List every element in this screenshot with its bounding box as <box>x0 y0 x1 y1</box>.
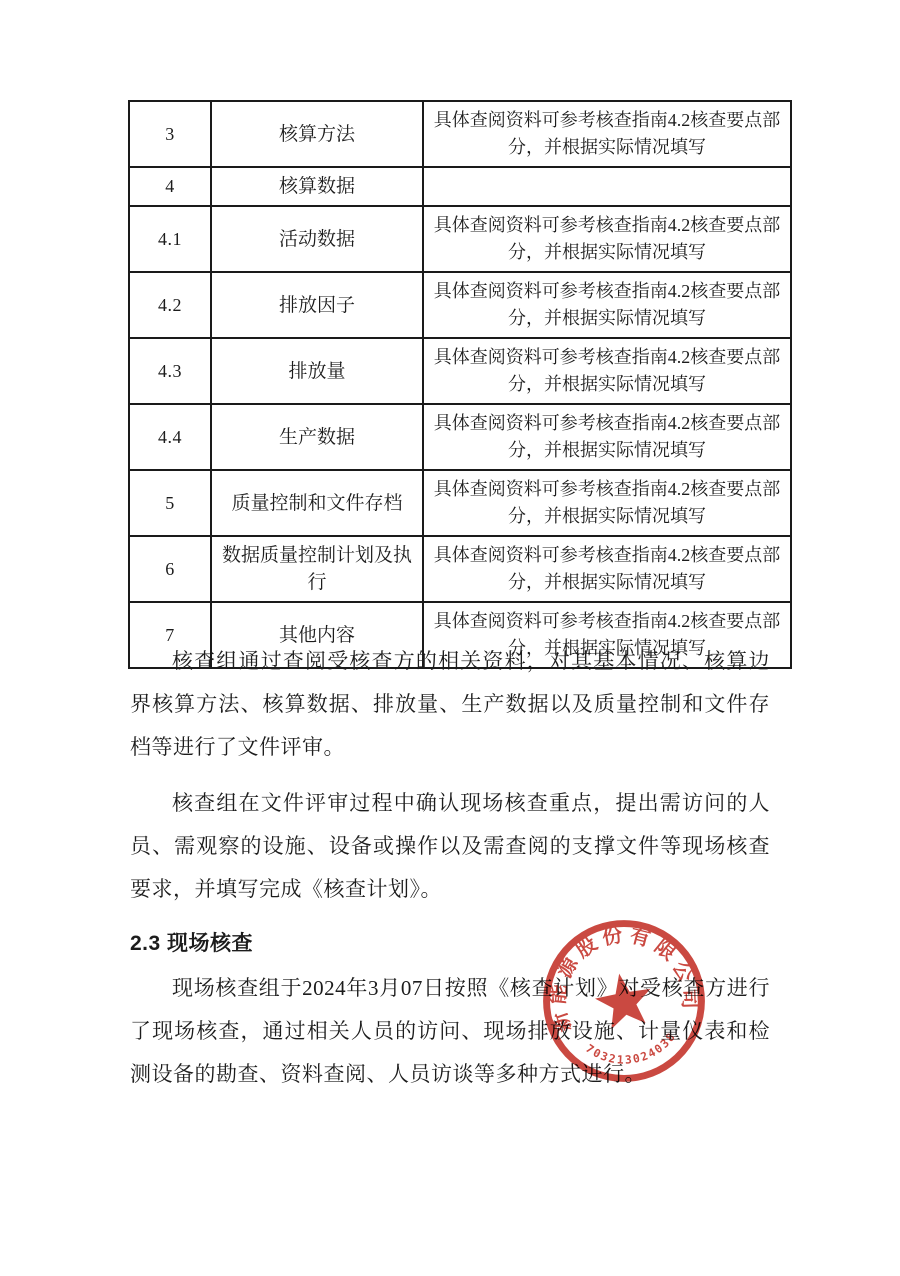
table-row: 4 核算数据 <box>129 167 791 206</box>
row-item: 质量控制和文件存档 <box>211 470 423 536</box>
table-row: 4.1 活动数据 具体查阅资料可参考核查指南4.2核查要点部分，并根据实际情况填… <box>129 206 791 272</box>
row-item: 排放因子 <box>211 272 423 338</box>
table-row: 3 核算方法 具体查阅资料可参考核查指南4.2核查要点部分，并根据实际情况填写 <box>129 101 791 167</box>
row-item: 排放量 <box>211 338 423 404</box>
row-note: 具体查阅资料可参考核查指南4.2核查要点部分，并根据实际情况填写 <box>423 272 791 338</box>
row-item: 核算方法 <box>211 101 423 167</box>
review-table-body: 3 核算方法 具体查阅资料可参考核查指南4.2核查要点部分，并根据实际情况填写 … <box>129 101 791 668</box>
paragraph-onsite-verification: 现场核查组于2024年3月07日按照《核查计划》对受核查方进行了现场核查，通过相… <box>130 967 770 1096</box>
row-note <box>423 167 791 206</box>
row-note: 具体查阅资料可参考核查指南4.2核查要点部分，并根据实际情况填写 <box>423 206 791 272</box>
document-review-table: 3 核算方法 具体查阅资料可参考核查指南4.2核查要点部分，并根据实际情况填写 … <box>128 100 792 669</box>
section-heading-2-3: 2.3 现场核查 <box>130 924 770 964</box>
row-item: 数据质量控制计划及执行 <box>211 536 423 602</box>
row-number: 5 <box>129 470 211 536</box>
paragraph-onsite-focus: 核查组在文件评审过程中确认现场核查重点，提出需访问的人员、需观察的设施、设备或操… <box>130 782 770 911</box>
row-number: 4.4 <box>129 404 211 470</box>
table-row: 4.4 生产数据 具体查阅资料可参考核查指南4.2核查要点部分，并根据实际情况填… <box>129 404 791 470</box>
row-note: 具体查阅资料可参考核查指南4.2核查要点部分，并根据实际情况填写 <box>423 404 791 470</box>
row-number: 3 <box>129 101 211 167</box>
row-number: 6 <box>129 536 211 602</box>
row-note: 具体查阅资料可参考核查指南4.2核查要点部分，并根据实际情况填写 <box>423 470 791 536</box>
row-item: 生产数据 <box>211 404 423 470</box>
row-item: 核算数据 <box>211 167 423 206</box>
table-row: 4.3 排放量 具体查阅资料可参考核查指南4.2核查要点部分，并根据实际情况填写 <box>129 338 791 404</box>
paragraph-document-review-scope: 核查组通过查阅受核查方的相关资料，对其基本情况、核算边界核算方法、核算数据、排放… <box>130 640 770 769</box>
row-note: 具体查阅资料可参考核查指南4.2核查要点部分，并根据实际情况填写 <box>423 101 791 167</box>
row-number: 4 <box>129 167 211 206</box>
table-row: 5 质量控制和文件存档 具体查阅资料可参考核查指南4.2核查要点部分，并根据实际… <box>129 470 791 536</box>
row-number: 4.1 <box>129 206 211 272</box>
row-item: 活动数据 <box>211 206 423 272</box>
table-row: 6 数据质量控制计划及执行 具体查阅资料可参考核查指南4.2核查要点部分，并根据… <box>129 536 791 602</box>
row-note: 具体查阅资料可参考核查指南4.2核查要点部分，并根据实际情况填写 <box>423 338 791 404</box>
row-number: 4.2 <box>129 272 211 338</box>
body-content: 核查组通过查阅受核查方的相关资料，对其基本情况、核算边界核算方法、核算数据、排放… <box>130 640 770 1109</box>
table-row: 4.2 排放因子 具体查阅资料可参考核查指南4.2核查要点部分，并根据实际情况填… <box>129 272 791 338</box>
document-page: 3 核算方法 具体查阅资料可参考核查指南4.2核查要点部分，并根据实际情况填写 … <box>0 0 900 1276</box>
row-number: 4.3 <box>129 338 211 404</box>
row-note: 具体查阅资料可参考核查指南4.2核查要点部分，并根据实际情况填写 <box>423 536 791 602</box>
